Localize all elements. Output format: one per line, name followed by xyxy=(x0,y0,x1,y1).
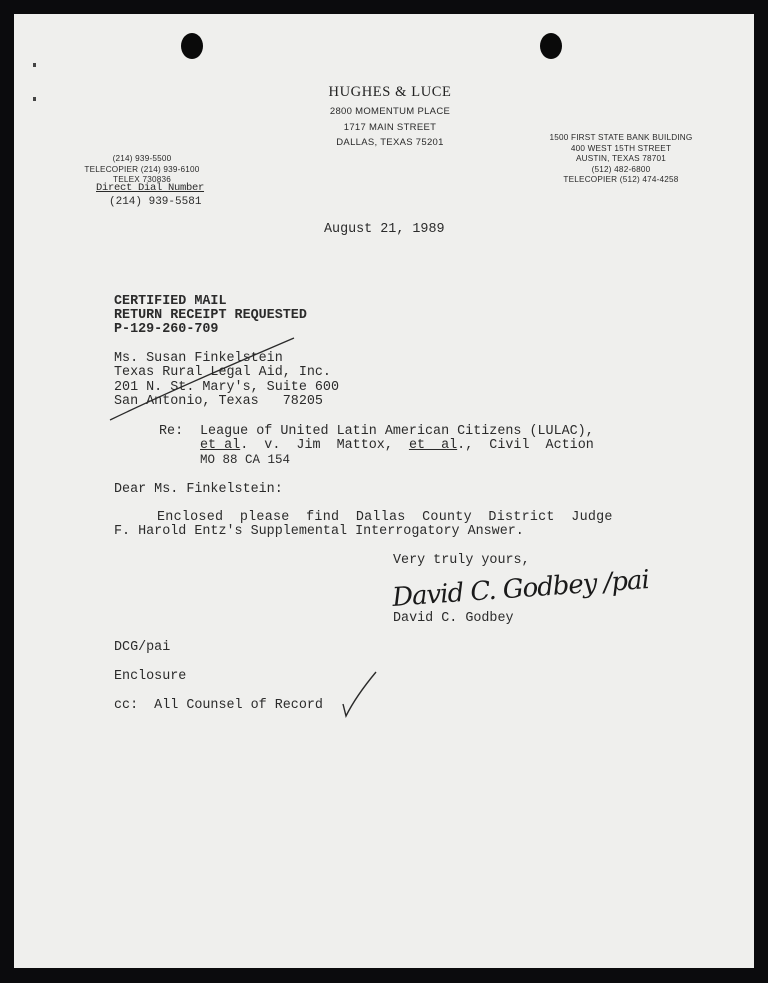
scan-speck xyxy=(33,97,36,101)
re-line-3: MO 88 CA 154 xyxy=(200,453,290,468)
austin-address-line: 400 WEST 15TH STREET xyxy=(530,144,712,155)
body-line-1: Enclosed please find Dallas County Distr… xyxy=(157,510,613,525)
certified-mail: CERTIFIED MAIL xyxy=(114,294,227,309)
phone-line: (214) 939-5500 xyxy=(70,154,214,165)
address-strike-mark xyxy=(108,336,308,426)
checkmark-icon xyxy=(340,670,380,720)
re-label: Re: xyxy=(159,424,183,439)
body-line-2: F. Harold Entz's Supplemental Interrogat… xyxy=(114,524,524,539)
letterhead-dallas: HUGHES & LUCE 2800 MOMENTUM PLACE 1717 M… xyxy=(290,84,490,151)
typist-initials: DCG/pai xyxy=(114,640,170,655)
austin-address-line: TELECOPIER (512) 474-4258 xyxy=(530,175,712,186)
closing: Very truly yours, xyxy=(393,553,530,568)
letter-page: HUGHES & LUCE 2800 MOMENTUM PLACE 1717 M… xyxy=(14,14,754,968)
firm-name: HUGHES & LUCE xyxy=(290,84,490,101)
dallas-address-line: 2800 MOMENTUM PLACE xyxy=(290,104,490,120)
receipt-number: P-129-260-709 xyxy=(114,322,218,337)
re-line-1: League of United Latin American Citizens… xyxy=(200,424,594,439)
punch-hole-right xyxy=(540,33,562,59)
handwritten-signature: David C. Godbey /pai xyxy=(391,565,649,613)
letter-date: August 21, 1989 xyxy=(324,222,445,237)
et-al-1: et al xyxy=(200,438,240,453)
cc-notation: cc: All Counsel of Record xyxy=(114,698,323,713)
direct-dial-number: (214) 939-5581 xyxy=(109,195,201,210)
punch-hole-left xyxy=(181,33,203,59)
scan-speck xyxy=(33,63,36,67)
re-line-2: et al. v. Jim Mattox, et al., Civil Acti… xyxy=(200,438,594,453)
dallas-address-line: DALLAS, TEXAS 75201 xyxy=(290,135,490,151)
austin-address-line: AUSTIN, TEXAS 78701 xyxy=(530,154,712,165)
letterhead-austin: 1500 FIRST STATE BANK BUILDING 400 WEST … xyxy=(530,133,712,186)
return-receipt: RETURN RECEIPT REQUESTED xyxy=(114,308,307,323)
austin-address-line: 1500 FIRST STATE BANK BUILDING xyxy=(530,133,712,144)
enclosure-notation: Enclosure xyxy=(114,669,186,684)
salutation: Dear Ms. Finkelstein: xyxy=(114,482,283,497)
et-al-2: et al xyxy=(409,438,457,453)
signer-name: David C. Godbey xyxy=(393,611,514,626)
phone-line: TELECOPIER (214) 939-6100 xyxy=(70,165,214,176)
dallas-address-line: 1717 MAIN STREET xyxy=(290,120,490,136)
austin-address-line: (512) 482-6800 xyxy=(530,165,712,176)
direct-dial-label: Direct Dial Number xyxy=(96,181,204,196)
